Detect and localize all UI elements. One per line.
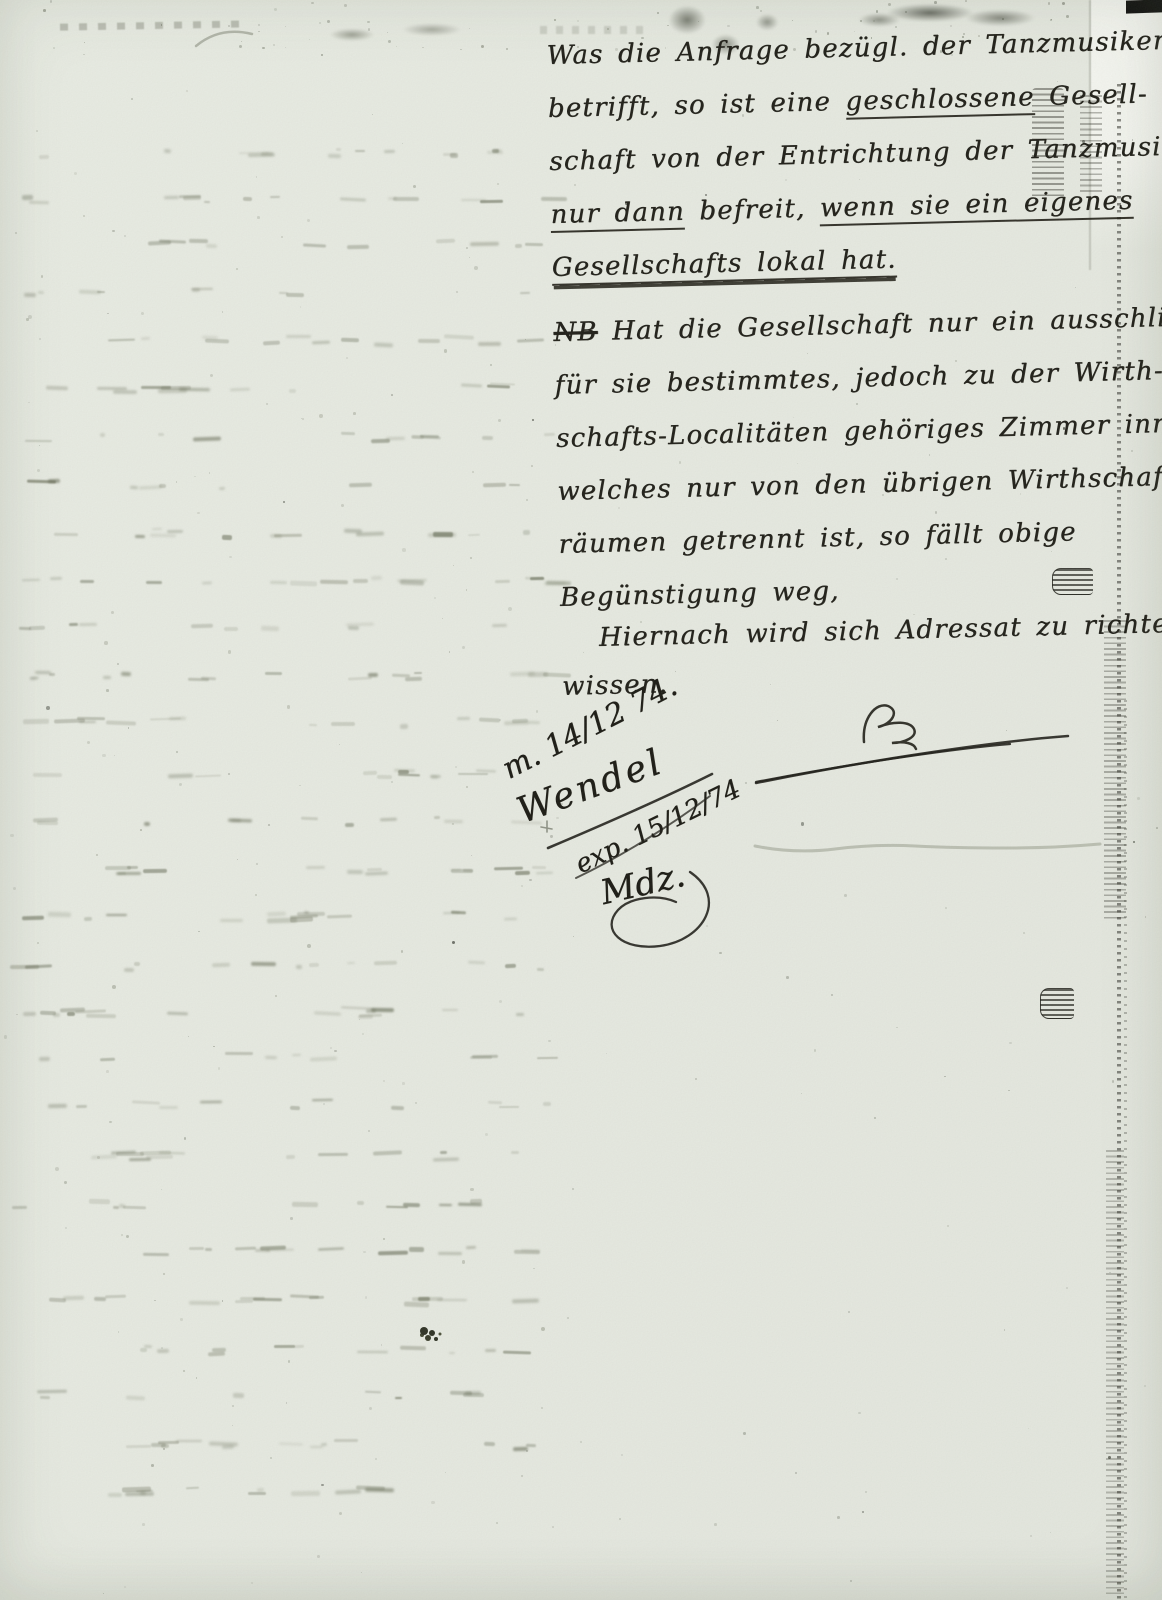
bleedthrough-mark (521, 1475, 523, 1477)
bleedthrough-mark (40, 1395, 50, 1398)
bleedthrough-mark (541, 1407, 544, 1410)
bleedthrough-mark (482, 436, 493, 440)
bleedthrough-mark (347, 244, 369, 249)
bleedthrough-mark (140, 1491, 146, 1495)
bleedthrough-mark (270, 534, 282, 538)
noise-speck (848, 1311, 850, 1313)
noise-speck (154, 1300, 155, 1301)
bleedthrough-mark (438, 1252, 462, 1255)
noise-speck (65, 1227, 67, 1229)
bleedthrough-mark (440, 1151, 447, 1154)
paraph-long-stroke (756, 736, 1068, 783)
bleedthrough-mark (291, 1491, 320, 1496)
bleedthrough-mark (537, 968, 544, 971)
bleedthrough-mark (436, 238, 455, 243)
bleedthrough-mark (509, 484, 520, 487)
bleedthrough-mark (225, 1052, 253, 1055)
bleedthrough-mark (19, 626, 31, 629)
bleedthrough-mark (49, 673, 55, 676)
noise-speck (262, 47, 265, 50)
bleedthrough-mark (412, 436, 441, 440)
bleedthrough-mark (367, 868, 382, 872)
bleedthrough-mark (307, 219, 310, 222)
noise-speck (1030, 1535, 1032, 1537)
bleedthrough-mark (228, 650, 231, 653)
bleedthrough-mark (511, 1150, 519, 1153)
bleedthrough-mark (232, 1425, 234, 1427)
noise-speck (39, 445, 40, 446)
noise-speck (365, 1296, 367, 1298)
noise-speck (499, 719, 501, 721)
bleedthrough-mark (485, 1133, 488, 1136)
bleedthrough-mark (286, 293, 304, 297)
bleedthrough-mark (474, 266, 478, 270)
bleedthrough-mark (521, 885, 523, 887)
bleedthrough-mark (183, 1370, 185, 1372)
bleedthrough-mark (289, 1106, 299, 1111)
bleedthrough-mark (188, 677, 209, 680)
bleedthrough-mark (497, 183, 499, 185)
bleedthrough-mark (164, 196, 179, 199)
bleedthrough-mark (478, 342, 501, 346)
bleedthrough-mark (465, 1391, 481, 1395)
bleedthrough-mark (186, 1487, 199, 1490)
bleedthrough-mark (349, 483, 372, 488)
bleedthrough-mark (394, 1397, 401, 1399)
bleedthrough-mark (541, 1327, 545, 1331)
bleedthrough-mark (39, 155, 49, 159)
bleedthrough-mark (321, 1443, 327, 1446)
bleedthrough-mark (89, 1199, 110, 1204)
bleedthrough-mark (255, 894, 257, 896)
noise-speck (801, 822, 805, 826)
bleedthrough-mark (60, 1008, 85, 1013)
bleedthrough-mark (466, 1246, 476, 1250)
noise-speck (151, 1464, 154, 1467)
noise-speck (222, 311, 224, 313)
noise-speck (577, 20, 580, 23)
bleedthrough-mark (439, 1204, 452, 1206)
bleedthrough-mark (466, 589, 468, 591)
bleedthrough-mark (286, 335, 311, 338)
bleedthrough-mark (260, 1246, 286, 1251)
bleedthrough-mark (472, 1055, 498, 1058)
bleedthrough-mark (205, 338, 229, 343)
manuscript-text-block: Was die Anfrage bezügl. der Tanzmusikenb… (546, 16, 1152, 711)
noise-speck (367, 21, 369, 23)
noise-speck (213, 1046, 214, 1047)
bleedthrough-mark (141, 386, 171, 389)
bleedthrough-mark (515, 244, 522, 249)
bleedthrough-mark (27, 480, 56, 484)
noise-speck (1009, 1042, 1012, 1045)
bleedthrough-mark (520, 292, 530, 295)
manuscript-text-segment: schafts-Localitäten gehöriges Zimmer inn… (556, 408, 1162, 454)
hatch-blob (1040, 988, 1074, 1019)
noise-speck (321, 1484, 323, 1486)
noise-speck (50, 0, 53, 3)
bleedthrough-mark (379, 818, 396, 822)
bleedthrough-mark (373, 1150, 402, 1155)
noise-speck (801, 1093, 802, 1094)
ink-smudge (60, 20, 250, 30)
noise-speck (300, 306, 302, 308)
bleedthrough-mark (48, 479, 60, 484)
bleedthrough-mark (140, 1150, 171, 1155)
bleedthrough-mark (290, 914, 318, 918)
bleedthrough-mark (346, 623, 374, 626)
bleedthrough-mark (443, 912, 460, 915)
noise-speck (449, 651, 450, 652)
bleedthrough-mark (189, 1247, 204, 1250)
bleedthrough-mark (468, 960, 485, 963)
noise-speck (573, 936, 574, 937)
manuscript-text-segment: welches nur von den übrigen Wirthschafts… (557, 461, 1162, 507)
bleedthrough-mark (310, 1056, 337, 1061)
bleedthrough-mark (163, 1273, 166, 1276)
bleedthrough-mark (144, 821, 150, 825)
bleedthrough-mark (308, 724, 316, 727)
bleedthrough-mark (287, 705, 291, 709)
bleedthrough-mark (433, 1157, 459, 1160)
bleedthrough-mark (77, 717, 105, 721)
pencil-smear (755, 844, 1100, 851)
manuscript-text-segment: Begünstigung weg, (560, 576, 840, 613)
bleedthrough-mark (179, 387, 210, 391)
bleedthrough-mark (374, 342, 394, 347)
noise-speck (667, 25, 669, 27)
bleedthrough-mark (48, 1103, 67, 1107)
bleedthrough-mark (270, 1457, 272, 1459)
noise-speck (1133, 841, 1135, 843)
bleedthrough-mark (233, 1392, 244, 1397)
bleedthrough-mark (176, 1440, 202, 1443)
bleedthrough-mark (261, 625, 279, 630)
noise-speck (232, 1405, 234, 1407)
bleedthrough-mark (301, 817, 318, 820)
bleedthrough-mark (140, 829, 142, 831)
noise-speck (28, 402, 29, 403)
noise-speck (1028, 1428, 1029, 1429)
bleedthrough-mark (341, 1007, 372, 1011)
bleedthrough-mark (444, 335, 474, 341)
bleedthrough-mark (397, 770, 408, 774)
bleedthrough-mark (134, 962, 140, 966)
noise-speck (84, 42, 85, 43)
bleedthrough-mark (243, 197, 252, 202)
bleedthrough-mark (209, 1442, 238, 1447)
bleedthrough-mark (365, 1390, 381, 1393)
bleedthrough-mark (503, 918, 516, 921)
bleedthrough-mark (461, 384, 483, 388)
bleedthrough-mark (371, 1008, 394, 1013)
noise-speck (311, 2, 314, 5)
noise-speck (471, 855, 473, 857)
bleedthrough-mark (106, 914, 127, 916)
bleedthrough-mark (375, 1458, 377, 1460)
noise-speck (466, 247, 468, 249)
bleedthrough-mark (345, 822, 354, 826)
bleedthrough-mark (37, 942, 39, 944)
manuscript-text-segment: Hiernach wird sich Adressat zu richten (599, 609, 1162, 653)
bleedthrough-mark (69, 623, 78, 627)
bleedthrough-mark (275, 995, 277, 997)
bleedthrough-mark (113, 389, 137, 393)
bleedthrough-mark (270, 581, 287, 585)
bleedthrough-mark (319, 414, 323, 418)
noise-speck (359, 1019, 360, 1020)
noise-speck (945, 907, 947, 909)
noise-speck (862, 1511, 865, 1514)
bleedthrough-mark (159, 1106, 178, 1109)
noise-speck (381, 1344, 383, 1346)
bleedthrough-mark (119, 1204, 126, 1208)
noise-speck (850, 1580, 852, 1582)
noise-speck (186, 90, 187, 91)
bleedthrough-mark (451, 869, 473, 873)
bleedthrough-mark (450, 1390, 472, 1395)
bleedthrough-mark (108, 338, 135, 341)
bleedthrough-mark (146, 1155, 173, 1160)
bleedthrough-mark (495, 580, 510, 584)
bleedthrough-mark (290, 580, 317, 585)
noise-speck (334, 1050, 337, 1053)
bleedthrough-mark (437, 1299, 467, 1301)
bleedthrough-mark (470, 1188, 474, 1192)
bleedthrough-mark (75, 1009, 106, 1013)
bleedthrough-mark (74, 172, 78, 176)
bleedthrough-mark (504, 964, 515, 969)
noise-speck (831, 994, 833, 996)
bleedthrough-mark (116, 871, 141, 874)
bleedthrough-mark (480, 200, 503, 203)
bleedthrough-mark (38, 290, 44, 293)
ink-blot (420, 1327, 428, 1335)
bleedthrough-mark (12, 1206, 27, 1209)
bleedthrough-mark (159, 239, 186, 244)
noise-speck (112, 230, 114, 232)
bleedthrough-mark (451, 911, 466, 914)
bleedthrough-mark (167, 529, 183, 532)
noise-speck (1156, 827, 1158, 829)
noise-speck (905, 11, 907, 13)
bleedthrough-mark (526, 1444, 536, 1447)
noise-speck (285, 26, 286, 27)
bleedthrough-mark (358, 1015, 373, 1019)
bleedthrough-mark (470, 1056, 492, 1059)
noise-speck (368, 28, 371, 31)
noise-speck (469, 257, 471, 259)
bleedthrough-mark (288, 1360, 291, 1363)
bleedthrough-mark (25, 439, 52, 441)
bleedthrough-mark (105, 1294, 126, 1297)
manuscript-text-segment: für sie bestimmtes, jedoch zu der Wirth- (554, 356, 1162, 401)
manuscript-text-segment: Gesellschafts lokal hat. (551, 245, 897, 286)
bleedthrough-mark (294, 1345, 304, 1348)
bleedthrough-mark (347, 870, 363, 874)
bleedthrough-mark (431, 1501, 435, 1505)
bleedthrough-mark (442, 1009, 458, 1011)
hatch-patch (1106, 1150, 1124, 1596)
noise-speck (176, 481, 178, 483)
bleedthrough-mark (458, 1203, 482, 1206)
noise-speck (258, 24, 260, 26)
noise-speck (283, 501, 285, 503)
bleedthrough-mark (400, 579, 424, 585)
bleedthrough-mark (347, 962, 355, 965)
bleedthrough-mark (106, 720, 136, 726)
bleedthrough-mark (76, 1105, 87, 1108)
bleedthrough-mark (531, 465, 533, 467)
noise-speck (745, 782, 747, 784)
noise-speck (161, 24, 163, 26)
noise-speck (176, 751, 179, 754)
bleedthrough-mark (479, 717, 500, 722)
noise-speck (1062, 2, 1065, 5)
bleedthrough-mark (118, 872, 126, 875)
bleedthrough-mark (386, 437, 405, 440)
bleedthrough-mark (526, 499, 528, 501)
bleedthrough-mark (224, 627, 238, 630)
manuscript-text-segment: geschlossene (845, 82, 1035, 120)
bleedthrough-mark (495, 149, 503, 153)
bleedthrough-mark (206, 243, 217, 247)
bleedthrough-mark (339, 1512, 342, 1515)
bleedthrough-mark (265, 672, 282, 675)
bleedthrough-mark (517, 338, 544, 342)
noise-speck (15, 232, 17, 234)
bleedthrough-mark (306, 866, 325, 869)
bleedthrough-mark (253, 1297, 282, 1300)
bleedthrough-mark (229, 556, 231, 558)
bleedthrough-mark (96, 291, 104, 294)
bleedthrough-mark (146, 581, 162, 584)
noise-speck (363, 1251, 366, 1254)
bleedthrough-mark (536, 710, 539, 713)
bleedthrough-mark (405, 677, 422, 681)
bleedthrough-mark (362, 1033, 364, 1035)
manuscript-text-segment: betrifft, so ist eine (548, 87, 846, 124)
noise-speck (46, 706, 50, 710)
bleedthrough-mark (167, 1012, 188, 1016)
bleedthrough-mark (487, 384, 510, 388)
bleedthrough-mark (230, 388, 250, 392)
bleedthrough-mark (159, 1151, 185, 1154)
noise-speck (460, 49, 462, 51)
noise-speck (53, 47, 55, 49)
bleedthrough-mark (24, 293, 36, 297)
noise-speck (453, 565, 454, 566)
bleedthrough-mark (548, 1040, 551, 1043)
noise-speck (714, 1523, 717, 1526)
bleedthrough-mark (126, 1235, 129, 1238)
noise-speck (434, 597, 436, 599)
noise-speck (455, 766, 457, 768)
bleedthrough-mark (23, 1011, 36, 1015)
bleedthrough-mark (30, 677, 37, 680)
noise-speck (286, 1402, 288, 1404)
bleedthrough-mark (468, 534, 480, 537)
noise-speck (756, 6, 759, 9)
bleedthrough-mark (266, 1249, 294, 1252)
manuscript-text-segment: Gesell- (1034, 79, 1148, 112)
bleedthrough-mark (516, 1013, 524, 1016)
bleedthrough-mark (124, 968, 134, 972)
bleedthrough-mark (336, 148, 341, 151)
noise-speck (567, 1317, 569, 1319)
bleedthrough-mark (279, 292, 288, 295)
bleedthrough-mark (498, 419, 501, 422)
bleedthrough-mark (219, 487, 226, 490)
bleedthrough-mark (369, 1407, 372, 1410)
bleedthrough-mark (86, 1014, 116, 1018)
bleedthrough-mark (113, 1206, 119, 1209)
noise-speck (107, 313, 109, 315)
manuscript-text-segment: räumen getrennt ist, so fällt obige (558, 517, 1077, 560)
bleedthrough-mark (143, 869, 167, 873)
manuscript-text-segment: Was die Anfrage bezügl. der Tanzmusiken (546, 26, 1162, 71)
bleedthrough-mark (200, 1101, 222, 1103)
bleedthrough-mark (84, 916, 92, 920)
bleedthrough-mark (202, 335, 218, 338)
noise-speck (786, 976, 789, 979)
bleedthrough-mark (248, 153, 275, 157)
bleedthrough-mark (355, 1485, 384, 1490)
bleedthrough-mark (55, 1167, 59, 1171)
noise-speck (777, 720, 778, 721)
bleedthrough-mark (544, 432, 555, 436)
bleedthrough-mark (318, 1247, 344, 1250)
bleedthrough-mark (161, 386, 191, 390)
bleedthrough-mark (348, 625, 359, 630)
bleedthrough-mark (466, 786, 468, 788)
noise-speck (188, 1036, 189, 1037)
bleedthrough-mark (449, 1352, 455, 1354)
bleedthrough-mark (402, 548, 406, 552)
bleedthrough-mark (105, 866, 131, 870)
noise-speck (103, 1593, 104, 1594)
bleedthrough-mark (22, 195, 33, 200)
bleedthrough-mark (274, 1345, 295, 1348)
bleedthrough-mark (248, 1492, 267, 1495)
bleedthrough-mark (512, 1298, 539, 1303)
noise-speck (445, 1472, 446, 1473)
bleedthrough-mark (37, 469, 40, 472)
bleedthrough-mark (140, 1348, 147, 1353)
bleedthrough-mark (309, 1296, 325, 1300)
noise-speck (388, 40, 391, 43)
bleedthrough-mark (470, 557, 473, 560)
bleedthrough-mark (189, 1301, 220, 1305)
noise-speck (452, 941, 455, 944)
bleedthrough-mark (470, 241, 499, 245)
faint-curve-mark (196, 32, 252, 46)
bleedthrough-mark (261, 152, 273, 157)
bleedthrough-mark (239, 152, 269, 155)
bleedthrough-mark (132, 1101, 160, 1105)
bleedthrough-mark (487, 150, 503, 154)
bleedthrough-mark (499, 1000, 503, 1004)
bleedthrough-mark (450, 153, 458, 158)
bleedthrough-mark (13, 887, 16, 890)
bleedthrough-mark (512, 718, 528, 723)
noise-speck (888, 3, 891, 6)
bleedthrough-mark (169, 717, 186, 721)
bleedthrough-mark (212, 1348, 226, 1352)
bleedthrough-mark (148, 240, 171, 245)
bleedthrough-mark (392, 673, 410, 677)
bleedthrough-mark (111, 611, 114, 614)
